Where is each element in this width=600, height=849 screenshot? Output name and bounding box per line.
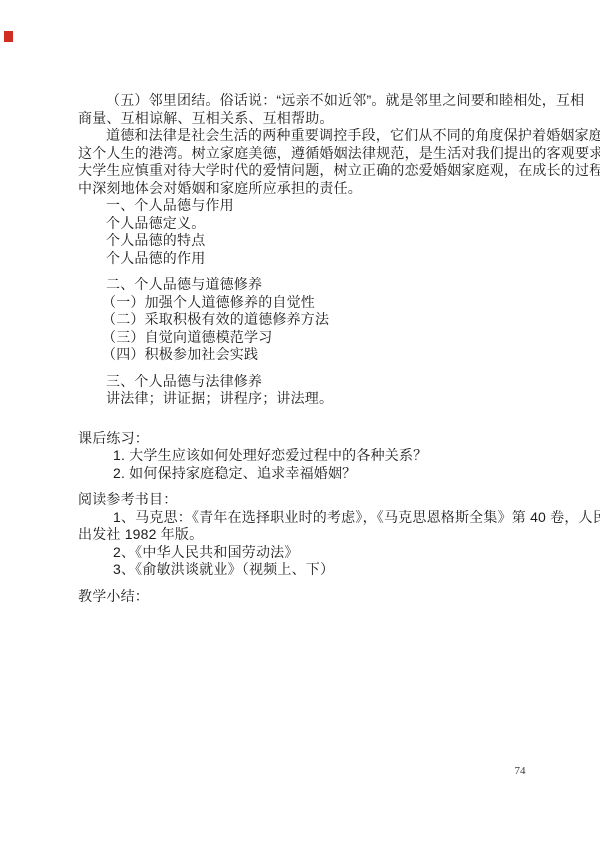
text-line: 商量、互相谅解、互相关系、互相帮助。 — [78, 110, 524, 128]
page: { "page": { "background": "#ffffff", "te… — [0, 0, 600, 849]
text-line: 课后练习： — [78, 430, 524, 448]
text-line: 二、个人品德与道德修养 — [78, 276, 524, 294]
text-line: 1、马克思：《青年在选择职业时的考虑》，《马克思恩格斯全集》第 40 卷，人民 — [78, 509, 524, 527]
text-line: （一）加强个人道德修养的自觉性 — [78, 294, 524, 312]
text-line: 3、《俞敏洪谈就业》（视频上、下） — [78, 561, 524, 579]
page-number: 74 — [510, 765, 530, 778]
text-line: （四）积极参加社会实践 — [78, 346, 524, 364]
text-line: 1. 大学生应该如何处理好恋爱过程中的各种关系？ — [78, 447, 524, 465]
text-line: 大学生应慎重对待大学时代的爱情问题，树立正确的恋爱婚姻家庭观，在成长的过程 — [78, 162, 524, 180]
text-line: 2、《中华人民共和国劳动法》 — [78, 544, 524, 562]
text-line: 道德和法律是社会生活的两种重要调控手段，它们从不同的角度保护着婚姻家庭 — [78, 127, 524, 145]
text-line: 教学小结： — [78, 588, 524, 606]
text-line: 中深刻地体会对婚姻和家庭所应承担的责任。 — [78, 180, 524, 198]
text-line: 三、个人品德与法律修养 — [78, 373, 524, 391]
text-line: 个人品德定义。 — [78, 215, 524, 233]
text-line: （五）邻里团结。俗话说：“远亲不如近邻”。就是邻里之间要和睦相处，互相 — [78, 92, 524, 110]
text-line: 2. 如何保持家庭稳定、追求幸福婚姻？ — [78, 465, 524, 483]
text-line: 阅读参考书目： — [78, 491, 524, 509]
text-line: 个人品德的作用 — [78, 250, 524, 268]
text-line: （二）采取积极有效的道德修养方法 — [78, 311, 524, 329]
text-line: 出发社 1982 年版。 — [78, 526, 524, 544]
text-line: 一、个人品德与作用 — [78, 197, 524, 215]
text-line: 个人品德的特点 — [78, 232, 524, 250]
text-line: 讲法律；讲证据；讲程序；讲法理。 — [78, 390, 524, 408]
text-line: （三）自觉向道德模范学习 — [78, 329, 524, 347]
text-line: 这个人生的港湾。树立家庭美德，遵循婚姻法律规范，是生活对我们提出的客观要求。 — [78, 145, 524, 163]
document-body: （五）邻里团结。俗话说：“远亲不如近邻”。就是邻里之间要和睦相处，互相商量、互相… — [78, 92, 524, 605]
red-scan-mark — [4, 31, 13, 42]
